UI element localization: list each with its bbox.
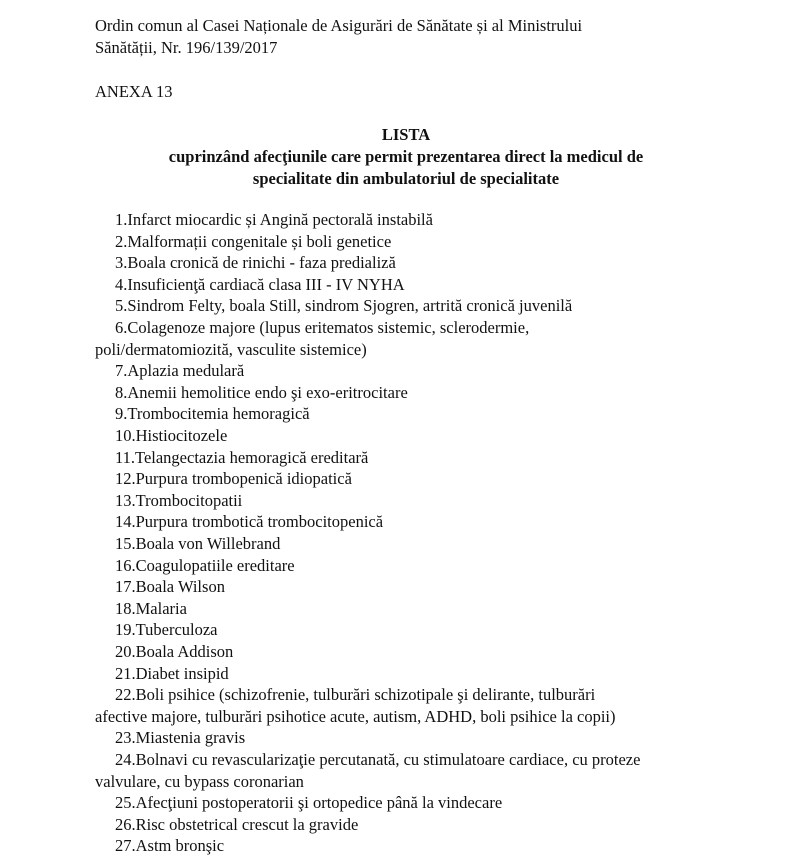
list-item: 24. Bolnavi cu revascularizaţie percutan… bbox=[95, 749, 640, 771]
order-header-line-2: Sănătății, Nr. 196/139/2017 bbox=[95, 37, 277, 59]
list-item-number: 1. bbox=[95, 209, 127, 231]
list-item-number: 24. bbox=[95, 749, 136, 771]
list-item-number: 13. bbox=[95, 490, 136, 512]
list-item-number: 15. bbox=[95, 533, 136, 555]
list-item-number: 9. bbox=[95, 403, 127, 425]
list-item: 16. Coagulopatiile ereditare bbox=[95, 555, 295, 577]
list-item: 21. Diabet insipid bbox=[95, 663, 229, 685]
list-item-text: Malaria bbox=[136, 599, 187, 618]
list-item-number: 12. bbox=[95, 468, 136, 490]
list-item-number: 2. bbox=[95, 231, 127, 253]
list-item: 10. Histiocitozele bbox=[95, 425, 227, 447]
list-item-text: Bolnavi cu revascularizaţie percutanată,… bbox=[136, 750, 641, 769]
list-item-text: Histiocitozele bbox=[136, 426, 228, 445]
list-item-number: 21. bbox=[95, 663, 136, 685]
list-item: 9. Trombocitemia hemoragică bbox=[95, 403, 310, 425]
list-item: 4. Insuficienţă cardiacă clasa III - IV … bbox=[95, 274, 405, 296]
list-item-continuation: poli/dermatomiozită, vasculite sistemice… bbox=[95, 339, 367, 361]
list-item-number: 4. bbox=[95, 274, 127, 296]
annex-label: ANEXA 13 bbox=[95, 81, 172, 103]
list-item-text: Astm bronşic bbox=[136, 836, 224, 855]
list-item-number: 5. bbox=[95, 295, 127, 317]
list-item: 25. Afecţiuni postoperatorii şi ortopedi… bbox=[95, 792, 502, 814]
list-item-text: Infarct miocardic și Angină pectorală in… bbox=[127, 210, 433, 229]
list-item: 2. Malformații congenitale și boli genet… bbox=[95, 231, 391, 253]
list-item: 26. Risc obstetrical crescut la gravide bbox=[95, 814, 358, 836]
list-item: 15. Boala von Willebrand bbox=[95, 533, 280, 555]
list-item-number: 19. bbox=[95, 619, 136, 641]
list-item-text: Anemii hemolitice endo şi exo-eritrocita… bbox=[127, 383, 407, 402]
list-item-text: Trombocitopatii bbox=[136, 491, 243, 510]
list-item-number: 7. bbox=[95, 360, 127, 382]
list-item-text: Boala Addison bbox=[136, 642, 234, 661]
list-item: 6. Colagenoze majore (lupus eritematos s… bbox=[95, 317, 529, 339]
list-item-number: 11. bbox=[95, 447, 135, 469]
list-item-text: Aplazia medulară bbox=[127, 361, 244, 380]
list-item-text: Purpura trombopenică idiopatică bbox=[136, 469, 352, 488]
list-item-number: 6. bbox=[95, 317, 127, 339]
list-subtitle-line-2: specialitate din ambulatoriul de special… bbox=[0, 168, 812, 190]
list-item-number: 14. bbox=[95, 511, 136, 533]
list-item: 18. Malaria bbox=[95, 598, 187, 620]
list-item-text: Colagenoze majore (lupus eritematos sist… bbox=[127, 318, 529, 337]
list-item: 1. Infarct miocardic și Angină pectorală… bbox=[95, 209, 433, 231]
order-header-line-1: Ordin comun al Casei Naționale de Asigur… bbox=[95, 15, 582, 37]
list-item-text: Trombocitemia hemoragică bbox=[127, 404, 309, 423]
list-item-text: Afecţiuni postoperatorii şi ortopedice p… bbox=[136, 793, 503, 812]
list-item-text: Diabet insipid bbox=[136, 664, 229, 683]
list-item-number: 25. bbox=[95, 792, 136, 814]
list-item-text: Tuberculoza bbox=[136, 620, 218, 639]
list-item-text: Coagulopatiile ereditare bbox=[136, 556, 295, 575]
list-item: 11. Telangectazia hemoragică ereditară bbox=[95, 447, 368, 469]
list-item: 20. Boala Addison bbox=[95, 641, 233, 663]
list-item-number: 18. bbox=[95, 598, 136, 620]
list-item-number: 23. bbox=[95, 727, 136, 749]
list-item-text: Purpura trombotică trombocitopenică bbox=[136, 512, 383, 531]
list-item-text: Telangectazia hemoragică ereditară bbox=[135, 448, 368, 467]
list-item-text: Sindrom Felty, boala Still, sindrom Sjog… bbox=[127, 296, 572, 315]
list-item-text: Boala von Willebrand bbox=[136, 534, 281, 553]
list-item-text: Boala Wilson bbox=[136, 577, 225, 596]
list-item-number: 17. bbox=[95, 576, 136, 598]
list-item-number: 22. bbox=[95, 684, 136, 706]
list-subtitle-line-1: cuprinzând afecţiunile care permit preze… bbox=[0, 146, 812, 168]
list-item-text: Boala cronică de rinichi - faza prediali… bbox=[127, 253, 395, 272]
list-item: 14. Purpura trombotică trombocitopenică bbox=[95, 511, 383, 533]
list-title: LISTA bbox=[0, 124, 812, 146]
list-item-text: Risc obstetrical crescut la gravide bbox=[136, 815, 359, 834]
list-item-text: Boli psihice (schizofrenie, tulburări sc… bbox=[136, 685, 596, 704]
list-item: 27. Astm bronşic bbox=[95, 835, 224, 856]
list-item-text: Miastenia gravis bbox=[136, 728, 246, 747]
list-item: 23. Miastenia gravis bbox=[95, 727, 245, 749]
list-item: 13. Trombocitopatii bbox=[95, 490, 242, 512]
list-item-number: 20. bbox=[95, 641, 136, 663]
list-item: 3. Boala cronică de rinichi - faza predi… bbox=[95, 252, 396, 274]
list-item-number: 26. bbox=[95, 814, 136, 836]
list-item: 12. Purpura trombopenică idiopatică bbox=[95, 468, 352, 490]
list-item-number: 16. bbox=[95, 555, 136, 577]
list-item: 7. Aplazia medulară bbox=[95, 360, 244, 382]
list-item-number: 3. bbox=[95, 252, 127, 274]
list-item-number: 8. bbox=[95, 382, 127, 404]
list-item: 19. Tuberculoza bbox=[95, 619, 218, 641]
list-item-continuation: afective majore, tulburări psihotice acu… bbox=[95, 706, 616, 728]
list-item: 17. Boala Wilson bbox=[95, 576, 225, 598]
list-item-number: 27. bbox=[95, 835, 136, 856]
list-item-text: Malformații congenitale și boli genetice bbox=[127, 232, 391, 251]
list-item: 22. Boli psihice (schizofrenie, tulburăr… bbox=[95, 684, 595, 706]
list-item: 8. Anemii hemolitice endo şi exo-eritroc… bbox=[95, 382, 408, 404]
list-item: 5. Sindrom Felty, boala Still, sindrom S… bbox=[95, 295, 572, 317]
document-page: Ordin comun al Casei Naționale de Asigur… bbox=[0, 0, 812, 856]
list-item-number: 10. bbox=[95, 425, 136, 447]
list-item-text: Insuficienţă cardiacă clasa III - IV NYH… bbox=[127, 275, 404, 294]
list-item-continuation: valvulare, cu bypass coronarian bbox=[95, 771, 304, 793]
